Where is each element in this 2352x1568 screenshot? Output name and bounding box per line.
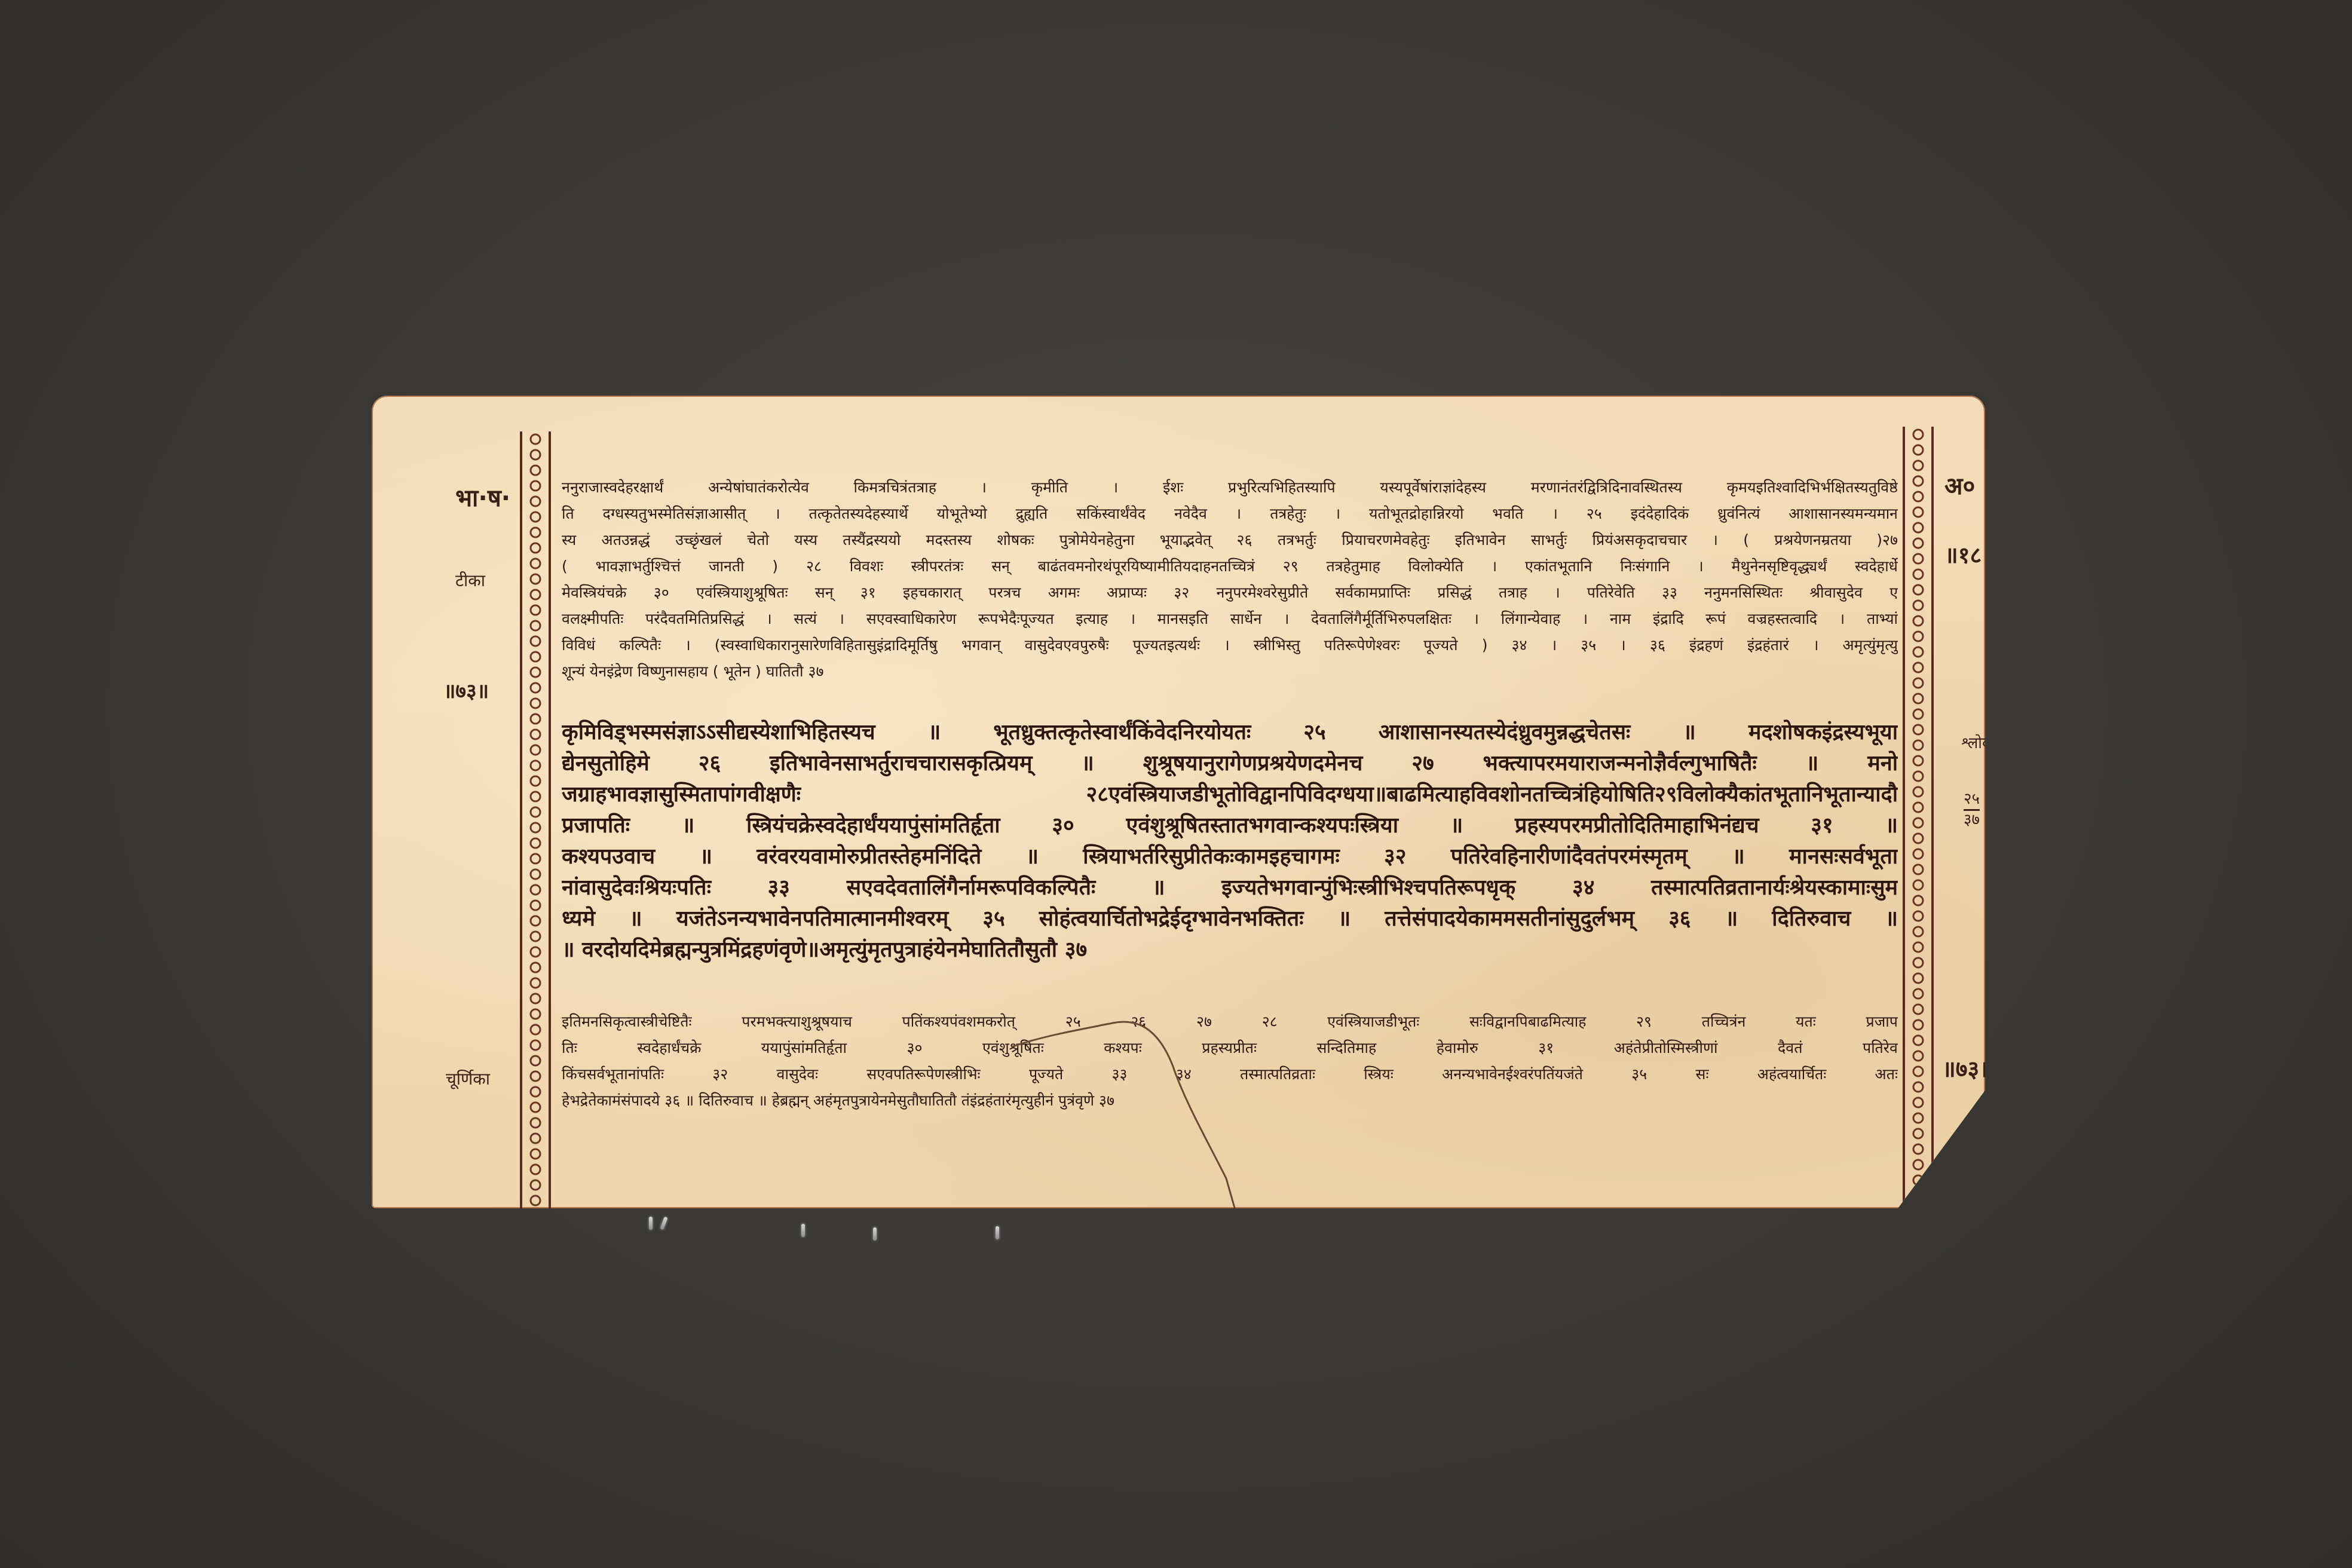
commentary-line: ( भावज्ञाभर्तुश्चित्तं जानती ) २८ विवशः … [562,553,1898,580]
commentary-line: स्य अतउन्नद्धं उच्छृंखलं चेतो यस्य तस्यै… [562,527,1898,553]
verse-line: कश्यपउवाच ॥ वरंवरयवामोरुप्रीतस्तेहमनिंदि… [562,841,1898,872]
commentary-line: ननुराजास्वदेहरक्षार्थं अन्येषांघातंकरोत्… [562,474,1898,501]
churnika-line: तिः स्वदेहार्धंचक्रे ययापुंसांमतिर्हृता … [562,1035,1898,1061]
right-margin-adhyaya-number: ॥१८॥ [1944,539,1995,570]
manuscript-page: भा·ष· टीका ॥७३॥ चूर्णिका अ० ॥१८॥ श्लोकाः… [372,396,1985,1208]
verse-line: जग्राहभावज्ञासुस्मितापांगवीक्षणैः २८एवंस… [562,779,1898,810]
verse-line: ध्यमे ॥ यजंतेऽनन्यभावेनपतिमात्मानमीश्वरम… [562,904,1898,935]
mounting-pin [873,1227,877,1241]
commentary-line: शून्यं येनइंद्रेण विष्णुनासहाय ( भूतेन )… [562,659,1898,685]
right-margin-adhyaya-label: अ० [1944,468,1975,501]
left-margin-page-number: ॥७३॥ [443,676,489,704]
commentary-top-block: ननुराजास्वदेहरक्षार्थं अन्येषांघातंकरोत्… [562,474,1898,685]
left-ornamental-border [520,431,551,1208]
verse-line: द्येनसुतोहिमे २६ इतिभावेनसाभर्तुराचचारास… [562,748,1898,779]
mounting-pin [801,1224,805,1237]
right-ornamental-border [1903,427,1934,1209]
verse-block: कृमिविड्भस्मसंज्ञाऽऽसीद्यस्येशाभिहितस्यच… [562,717,1898,966]
left-margin-churnika-label: चूर्णिका [446,1067,490,1090]
right-margin-page-number: ॥७३॥ [1942,1053,1993,1084]
verse-line: कृमिविड्भस्मसंज्ञाऽऽसीद्यस्येशाभिहितस्यच… [562,717,1898,748]
left-margin-tika-label: टीका [455,569,485,592]
verse-line: ॥ वरदोयदिमेब्रह्मन्पुत्रमिंद्रहणंवृणे॥अम… [562,935,1898,966]
shloka-range-start: २५ [1964,790,1980,811]
commentary-line: विविधं कल्पितैः । (स्वस्वाधिकारानुसारेणव… [562,632,1898,659]
mounting-pin [660,1217,667,1230]
churnika-line: इतिमनसिकृत्वास्त्रीचेष्टितैः परमभक्त्याश… [562,1009,1898,1035]
churnika-line: हेभद्रेतेकामंसंपादये ३६ ॥ दितिरुवाच ॥ हे… [562,1088,1898,1114]
mounting-pin [649,1217,653,1230]
commentary-line: मेवस्त्रियंचक्रे ३० एवंस्त्रियाशुश्रूषित… [562,580,1898,606]
verse-line: नांवासुदेवःश्रियःपतिः ३३ सएवदेवतालिंगैर्… [562,872,1898,904]
right-margin-shloka-range: २५ ३७ [1964,790,1980,829]
right-margin-shlokah-label: श्लोकाः [1961,731,2001,753]
commentary-line: ति दग्धस्यतुभस्मेतिसंज्ञाआसीत् । तत्कृते… [562,501,1898,527]
commentary-bottom-block: इतिमनसिकृत्वास्त्रीचेष्टितैः परमभक्त्याश… [562,1009,1898,1114]
left-margin-header: भा·ष· [455,480,510,513]
commentary-line: वलक्ष्मीपतिः परंदैवतमितिप्रसिद्धं । सत्य… [562,606,1898,632]
verse-line: प्रजापतिः ॥ स्त्रियंचक्रेस्वदेहार्धंययाप… [562,810,1898,841]
shloka-range-end: ३७ [1964,811,1980,829]
churnika-line: किंचसर्वभूतानांपतिः ३२ वासुदेवः सएवपतिरू… [562,1061,1898,1088]
mounting-pin [996,1226,999,1239]
